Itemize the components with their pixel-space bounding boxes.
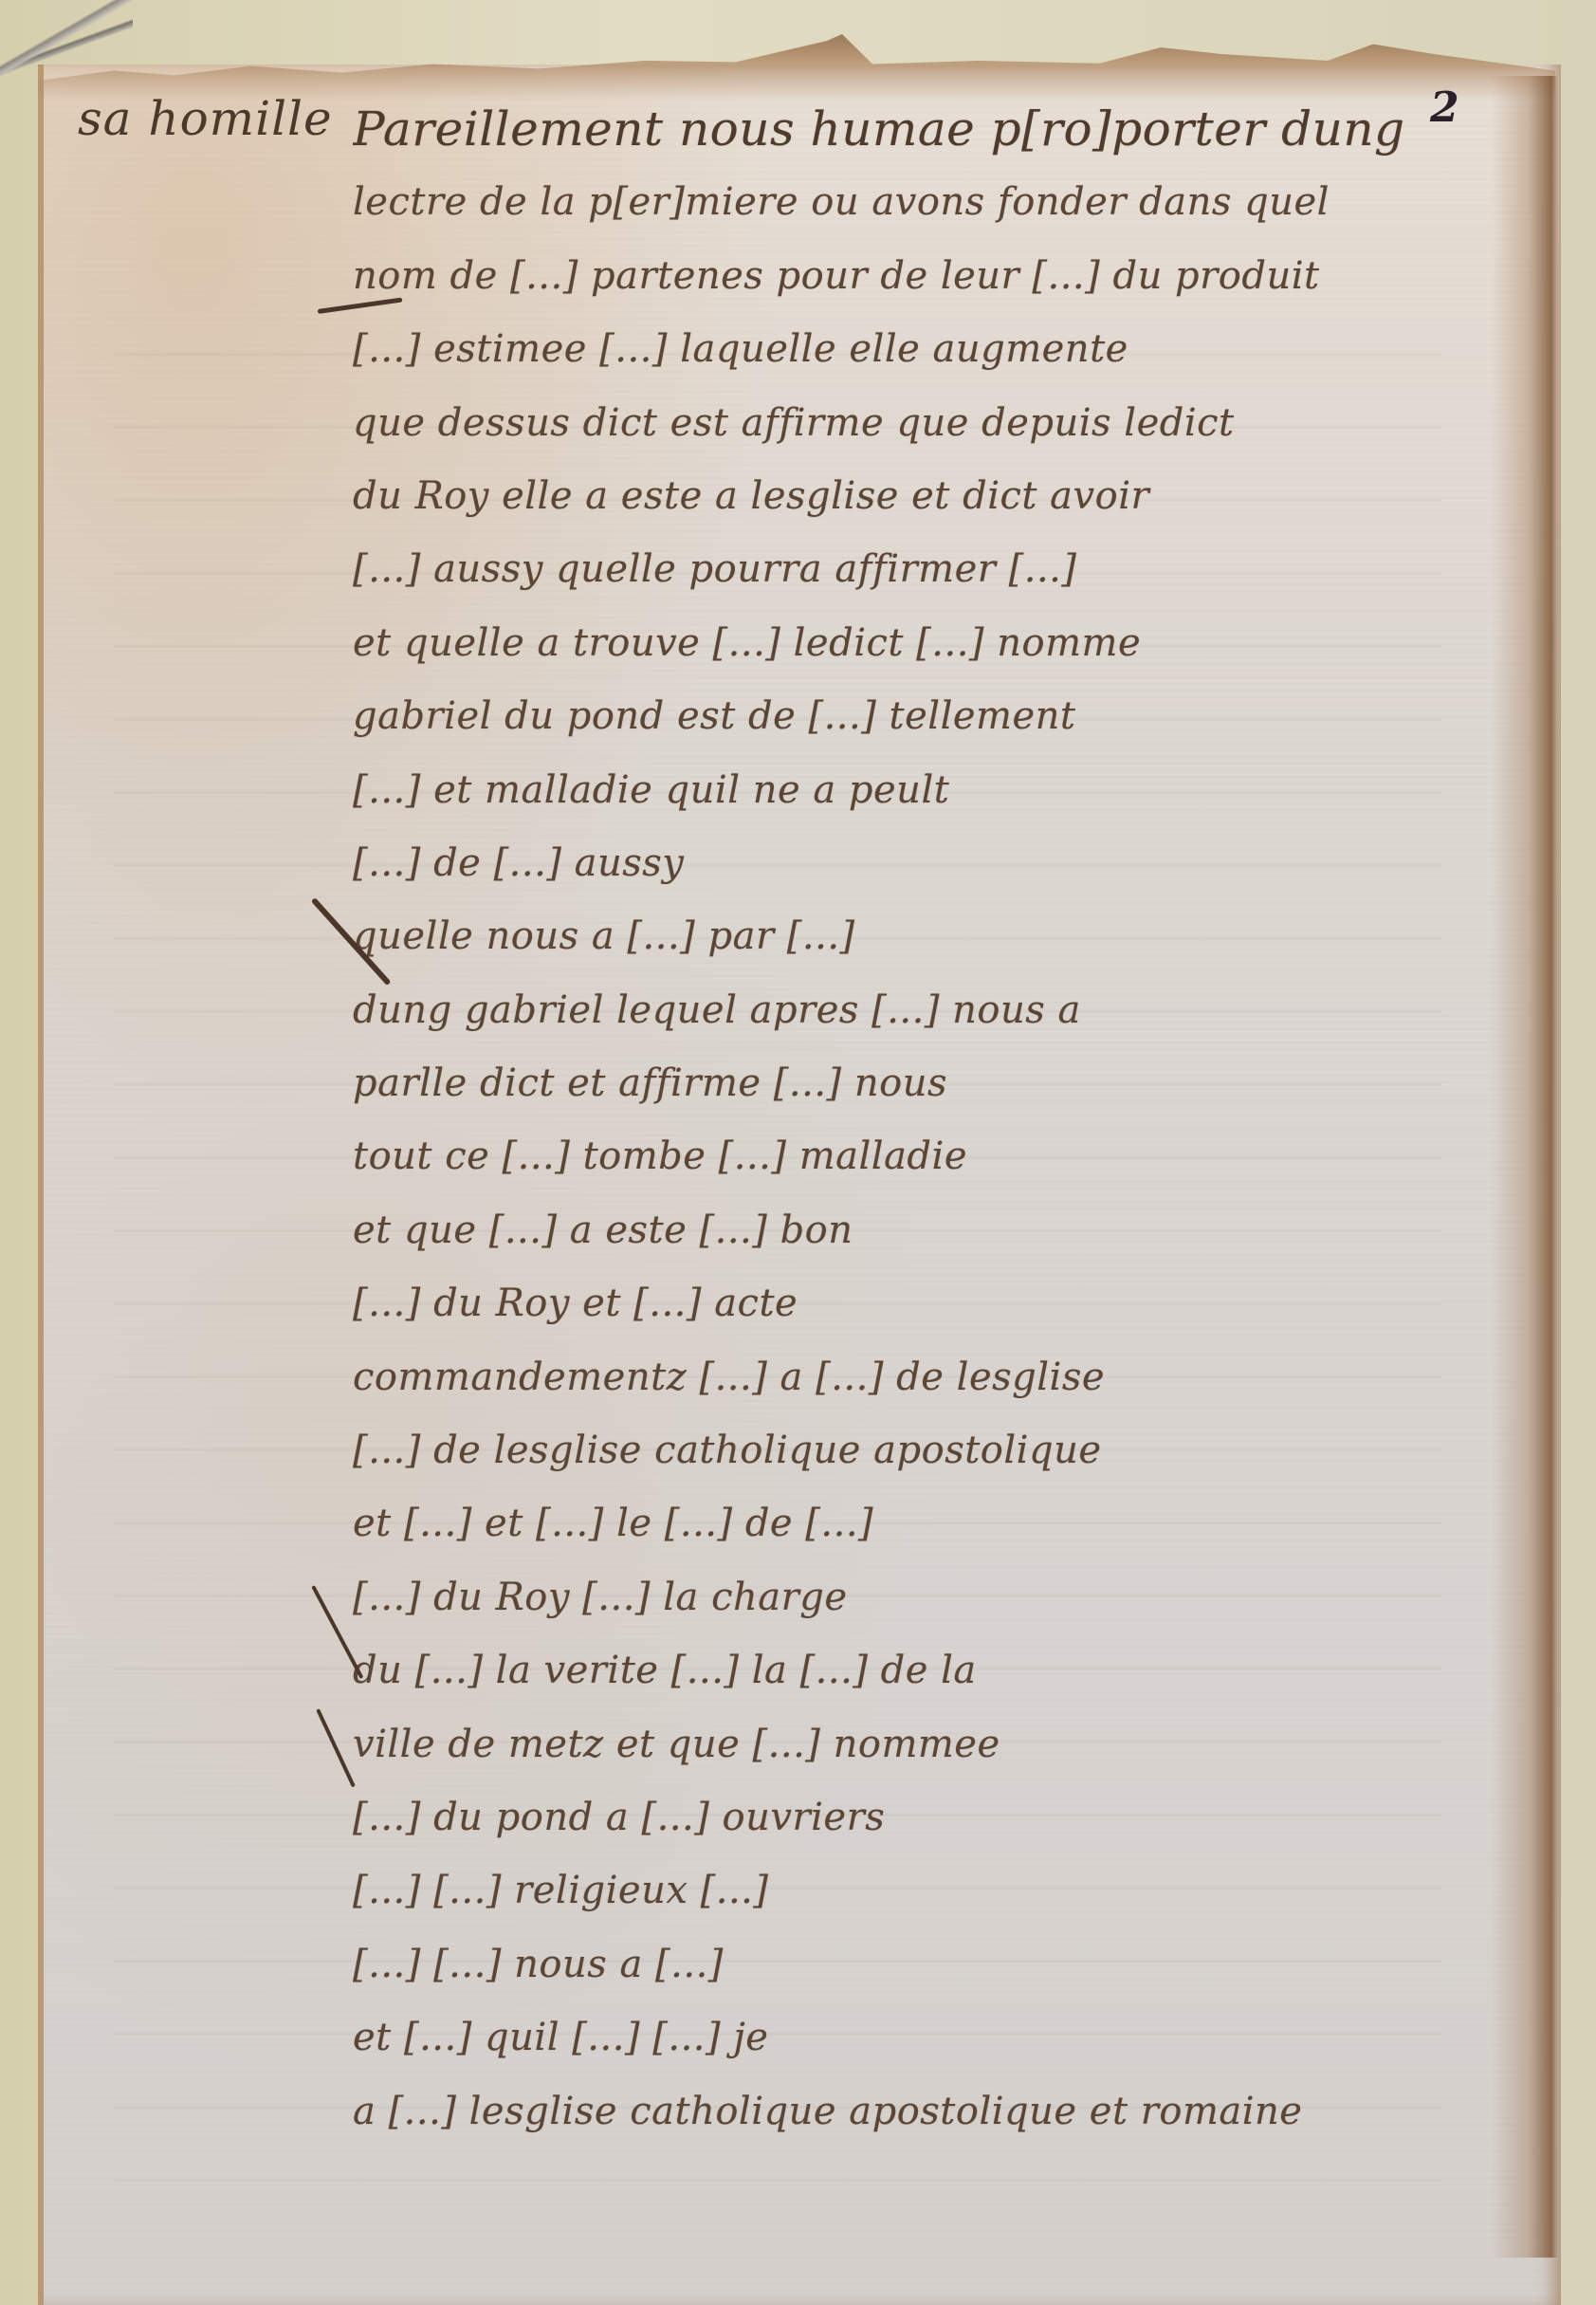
text-line: tout ce [...] tombe [...] malladie	[353, 1120, 1510, 1193]
text-line: du [...] la verite [...] la [...] de la	[353, 1634, 1510, 1707]
text-line: [...] de lesglise catholique apostolique	[353, 1414, 1510, 1487]
margin-note: sa homille	[78, 91, 333, 146]
text-line: gabriel du pond est de [...] tellement	[353, 680, 1510, 753]
text-line: [...] et malladie quil ne a peult	[353, 754, 1510, 827]
text-line: Pareillement nous humae p[ro]porter dung	[353, 93, 1510, 166]
text-line: du Roy elle a este a lesglise et dict av…	[353, 460, 1510, 533]
text-line: [...] estimee [...] laquelle elle augmen…	[353, 313, 1510, 386]
text-line: [...] [...] religieux [...]	[353, 1854, 1510, 1927]
text-line: dung gabriel lequel apres [...] nous a	[353, 974, 1510, 1047]
text-line: nom de [...] partenes pour de leur [...]…	[353, 240, 1510, 313]
text-line: et quelle a trouve [...] ledict [...] no…	[353, 607, 1510, 680]
text-line: et que [...] a este [...] bon	[353, 1194, 1510, 1267]
text-line: [...] du pond a [...] ouvriers	[353, 1781, 1510, 1854]
text-line: a [...] lesglise catholique apostolique …	[353, 2075, 1510, 2148]
text-line: [...] aussy quelle pourra affirmer [...]	[353, 533, 1510, 606]
text-line: et [...] et [...] le [...] de [...]	[353, 1487, 1510, 1560]
text-line: [...] du Roy [...] la charge	[353, 1561, 1510, 1634]
text-line: [...] [...] nous a [...]	[353, 1928, 1510, 2001]
text-line: ville de metz et que [...] nommee	[353, 1708, 1510, 1781]
text-line: que dessus dict est affirme que depuis l…	[353, 387, 1510, 460]
manuscript-text: Pareillement nous humae p[ro]porter dung…	[353, 93, 1510, 2148]
text-line: parlle dict et affirme [...] nous	[353, 1047, 1510, 1120]
text-line: et [...] quil [...] [...] je	[353, 2001, 1510, 2074]
text-line: [...] de [...] aussy	[353, 827, 1510, 900]
text-line: quelle nous a [...] par [...]	[353, 900, 1510, 973]
text-line: [...] du Roy et [...] acte	[353, 1267, 1510, 1340]
text-line: lectre de la p[er]miere ou avons fonder …	[353, 166, 1510, 239]
text-line: commandementz [...] a [...] de lesglise	[353, 1341, 1510, 1414]
